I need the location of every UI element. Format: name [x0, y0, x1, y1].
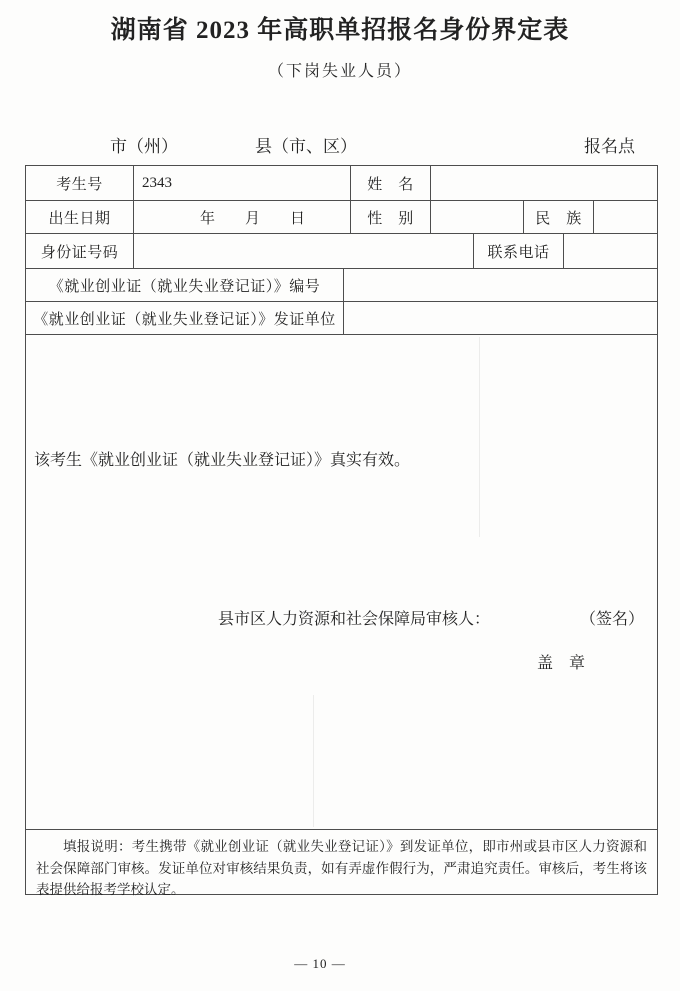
seal-label: 盖 章 [537, 650, 585, 673]
gender-label: 性 别 [351, 201, 431, 233]
row-cert-issuer: 《就业创业证（就业失业登记证）》发证单位 [26, 302, 657, 335]
page-number: — 10 — [0, 956, 640, 972]
birth-date-label: 出生日期 [26, 201, 134, 233]
row-id-phone: 身份证号码 联系电话 [26, 234, 657, 269]
phone-label: 联系电话 [474, 234, 564, 268]
city-label: 市（州） [110, 132, 178, 157]
instructions-box: 填报说明：考生携带《就业创业证（就业失业登记证）》到发证单位，即市州或县市区人力… [26, 830, 657, 894]
birth-date-value: 年 月 日 [134, 201, 351, 233]
id-number-value [134, 234, 474, 268]
row-cert-number: 《就业创业证（就业失业登记证）》编号 [26, 269, 657, 302]
reviewer-label: 县市区人力资源和社会保障局审核人： [218, 606, 490, 629]
gender-value [431, 201, 524, 233]
county-label: 县（市、区） [255, 132, 357, 157]
cert-issuer-value [344, 302, 657, 334]
ethnicity-label: 民 族 [524, 201, 594, 233]
row-birth-gender-ethnicity: 出生日期 年 月 日 性 别 民 族 [26, 201, 657, 234]
name-label: 姓 名 [351, 166, 431, 200]
cert-number-value [344, 269, 657, 301]
ethnicity-value [594, 201, 657, 233]
page-title: 湖南省 2023 年高职单招报名身份界定表 [0, 10, 680, 46]
page-subtitle: （下岗失业人员） [0, 58, 680, 81]
certification-area: 该考生《就业创业证（就业失业登记证）》真实有效。 县市区人力资源和社会保障局审核… [26, 335, 657, 830]
day-unit-label: 日 [290, 207, 305, 228]
scan-fold-line [479, 337, 480, 537]
scan-fold-line [313, 695, 314, 827]
year-unit-label: 年 [200, 207, 215, 228]
phone-value [564, 234, 657, 268]
name-value [431, 166, 657, 200]
cert-number-label: 《就业创业证（就业失业登记证）》编号 [26, 269, 344, 301]
month-unit-label: 月 [245, 207, 260, 228]
exam-no-value: 2343 [134, 166, 351, 200]
registration-site-label: 报名点 [584, 132, 635, 157]
document-page: 湖南省 2023 年高职单招报名身份界定表 （下岗失业人员） 市（州） 县（市、… [0, 0, 680, 991]
location-line: 市（州） 县（市、区） 报名点 [0, 132, 680, 154]
instructions-text: 填报说明：考生携带《就业创业证（就业失业登记证）》到发证单位，即市州或县市区人力… [26, 830, 657, 901]
form-table: 考生号 2343 姓 名 出生日期 年 月 日 性 别 民 族 身份证号码 联系… [25, 165, 658, 895]
signature-hint: （签名） [580, 606, 644, 629]
row-exam-no-name: 考生号 2343 姓 名 [26, 166, 657, 201]
id-number-label: 身份证号码 [26, 234, 134, 268]
cert-issuer-label: 《就业创业证（就业失业登记证）》发证单位 [26, 302, 344, 334]
exam-no-label: 考生号 [26, 166, 134, 200]
validity-statement: 该考生《就业创业证（就业失业登记证）》真实有效。 [34, 447, 410, 470]
